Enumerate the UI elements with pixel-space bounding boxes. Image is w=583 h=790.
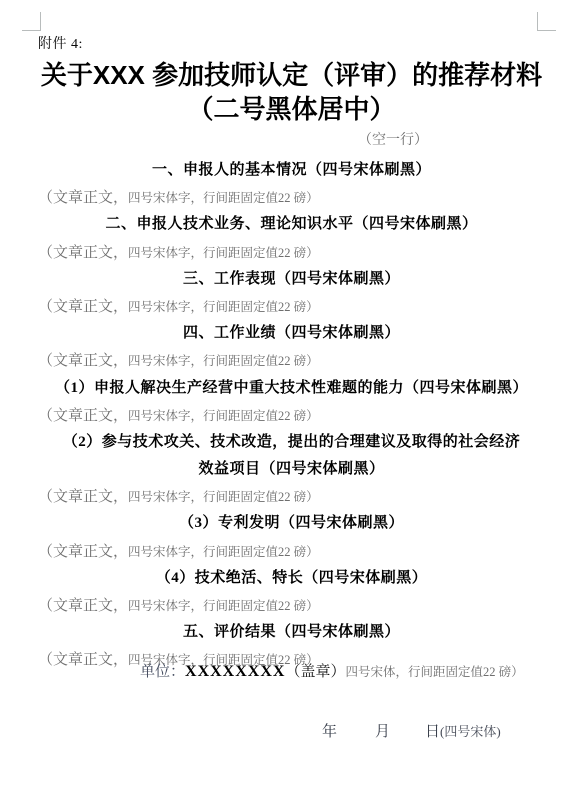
annotation-primary: （文章正文， (38, 299, 128, 315)
annotation-secondary: 四号宋体字，行间距固定值22 磅） (128, 354, 319, 368)
section-annotation-7: （文章正文，四号宋体字，行间距固定值22 磅） (0, 538, 583, 565)
unit-format-note: 四号宋体，行间距固定值22 磅） (345, 665, 523, 679)
section-heading-8: （4）技术绝活、特长（四号宋体刷黑） (0, 565, 583, 592)
section-annotation-1: （文章正文，四号宋体字，行间距固定值22 磅） (0, 184, 583, 211)
document-page: 附件 4: 关于XXX 参加技师认定（评审）的推荐材料 （二号黑体居中） （空一… (0, 0, 583, 790)
section-annotation-5: （文章正文，四号宋体字，行间距固定值22 磅） (0, 402, 583, 429)
annotation-primary: （文章正文， (38, 408, 128, 424)
annotation-primary: （文章正文， (38, 245, 128, 261)
section-heading-5: （1）申报人解决生产经营中重大技术性难题的能力（四号宋体刷黑） (0, 375, 583, 402)
section-annotation-8: （文章正文，四号宋体字，行间距固定值22 磅） (0, 592, 583, 619)
annotation-secondary: 四号宋体字，行间距固定值22 磅） (128, 490, 319, 504)
document-title-line1: 关于XXX 参加技师认定（评审）的推荐材料 (0, 58, 583, 92)
annotation-secondary: 四号宋体字，行间距固定值22 磅） (128, 409, 319, 423)
annotation-secondary: 四号宋体字，行间距固定值22 磅） (128, 300, 319, 314)
section-heading-1: 一、申报人的基本情况（四号宋体刷黑） (0, 157, 583, 184)
annotation-primary: （文章正文， (38, 544, 128, 560)
annotation-secondary: 四号宋体字，行间距固定值22 磅） (128, 599, 319, 613)
section-annotation-6: （文章正文，四号宋体字，行间距固定值22 磅） (0, 483, 583, 510)
date-signature-line: 年月日(四号宋体) (322, 721, 501, 743)
attachment-label: 附件 4: (38, 33, 83, 53)
section-heading-6-line1: （2）参与技术攻关、技术改造，提出的合理建议及取得的社会经济 (0, 429, 583, 456)
unit-value-placeholder: XXXXXXXX (185, 663, 285, 680)
annotation-primary: （文章正文， (38, 598, 128, 614)
unit-label: 单位： (140, 664, 185, 680)
section-heading-3: 三、工作表现（四号宋体刷黑） (0, 266, 583, 293)
annotation-primary: （文章正文， (38, 190, 128, 206)
document-body: 一、申报人的基本情况（四号宋体刷黑） （文章正文，四号宋体字，行间距固定值22 … (0, 157, 583, 674)
unit-signature-line: 单位：XXXXXXXX（盖章）四号宋体，行间距固定值22 磅） (140, 659, 524, 685)
section-annotation-2: （文章正文，四号宋体字，行间距固定值22 磅） (0, 239, 583, 266)
section-annotation-4: （文章正文，四号宋体字，行间距固定值22 磅） (0, 347, 583, 374)
annotation-secondary: 四号宋体字，行间距固定值22 磅） (128, 191, 319, 205)
date-year-label: 年 (322, 724, 337, 740)
section-annotation-3: （文章正文，四号宋体字，行间距固定值22 磅） (0, 293, 583, 320)
text-boundary-mark-top-left (22, 12, 41, 31)
blank-line-note: （空一行） (358, 129, 428, 149)
text-boundary-mark-top-right (537, 12, 556, 31)
section-heading-2: 二、申报人技术业务、理论知识水平（四号宋体刷黑） (0, 211, 583, 238)
annotation-primary: （文章正文， (38, 353, 128, 369)
section-heading-4: 四、工作业绩（四号宋体刷黑） (0, 320, 583, 347)
section-heading-6-line2: 效益项目（四号宋体刷黑） (0, 456, 583, 483)
date-month-label: 月 (375, 724, 390, 740)
date-day-label: 日 (425, 724, 440, 740)
annotation-primary: （文章正文， (38, 652, 128, 668)
unit-seal-note: （盖章） (285, 664, 345, 680)
annotation-primary: （文章正文， (38, 489, 128, 505)
annotation-secondary: 四号宋体字，行间距固定值22 磅） (128, 545, 319, 559)
section-heading-7: （3）专利发明（四号宋体刷黑） (0, 510, 583, 537)
date-format-note: (四号宋体) (440, 724, 501, 739)
section-heading-9: 五、评价结果（四号宋体刷黑） (0, 619, 583, 646)
document-title-line2: （二号黑体居中） (0, 92, 583, 126)
document-title: 关于XXX 参加技师认定（评审）的推荐材料 （二号黑体居中） (0, 58, 583, 126)
annotation-secondary: 四号宋体字，行间距固定值22 磅） (128, 246, 319, 260)
